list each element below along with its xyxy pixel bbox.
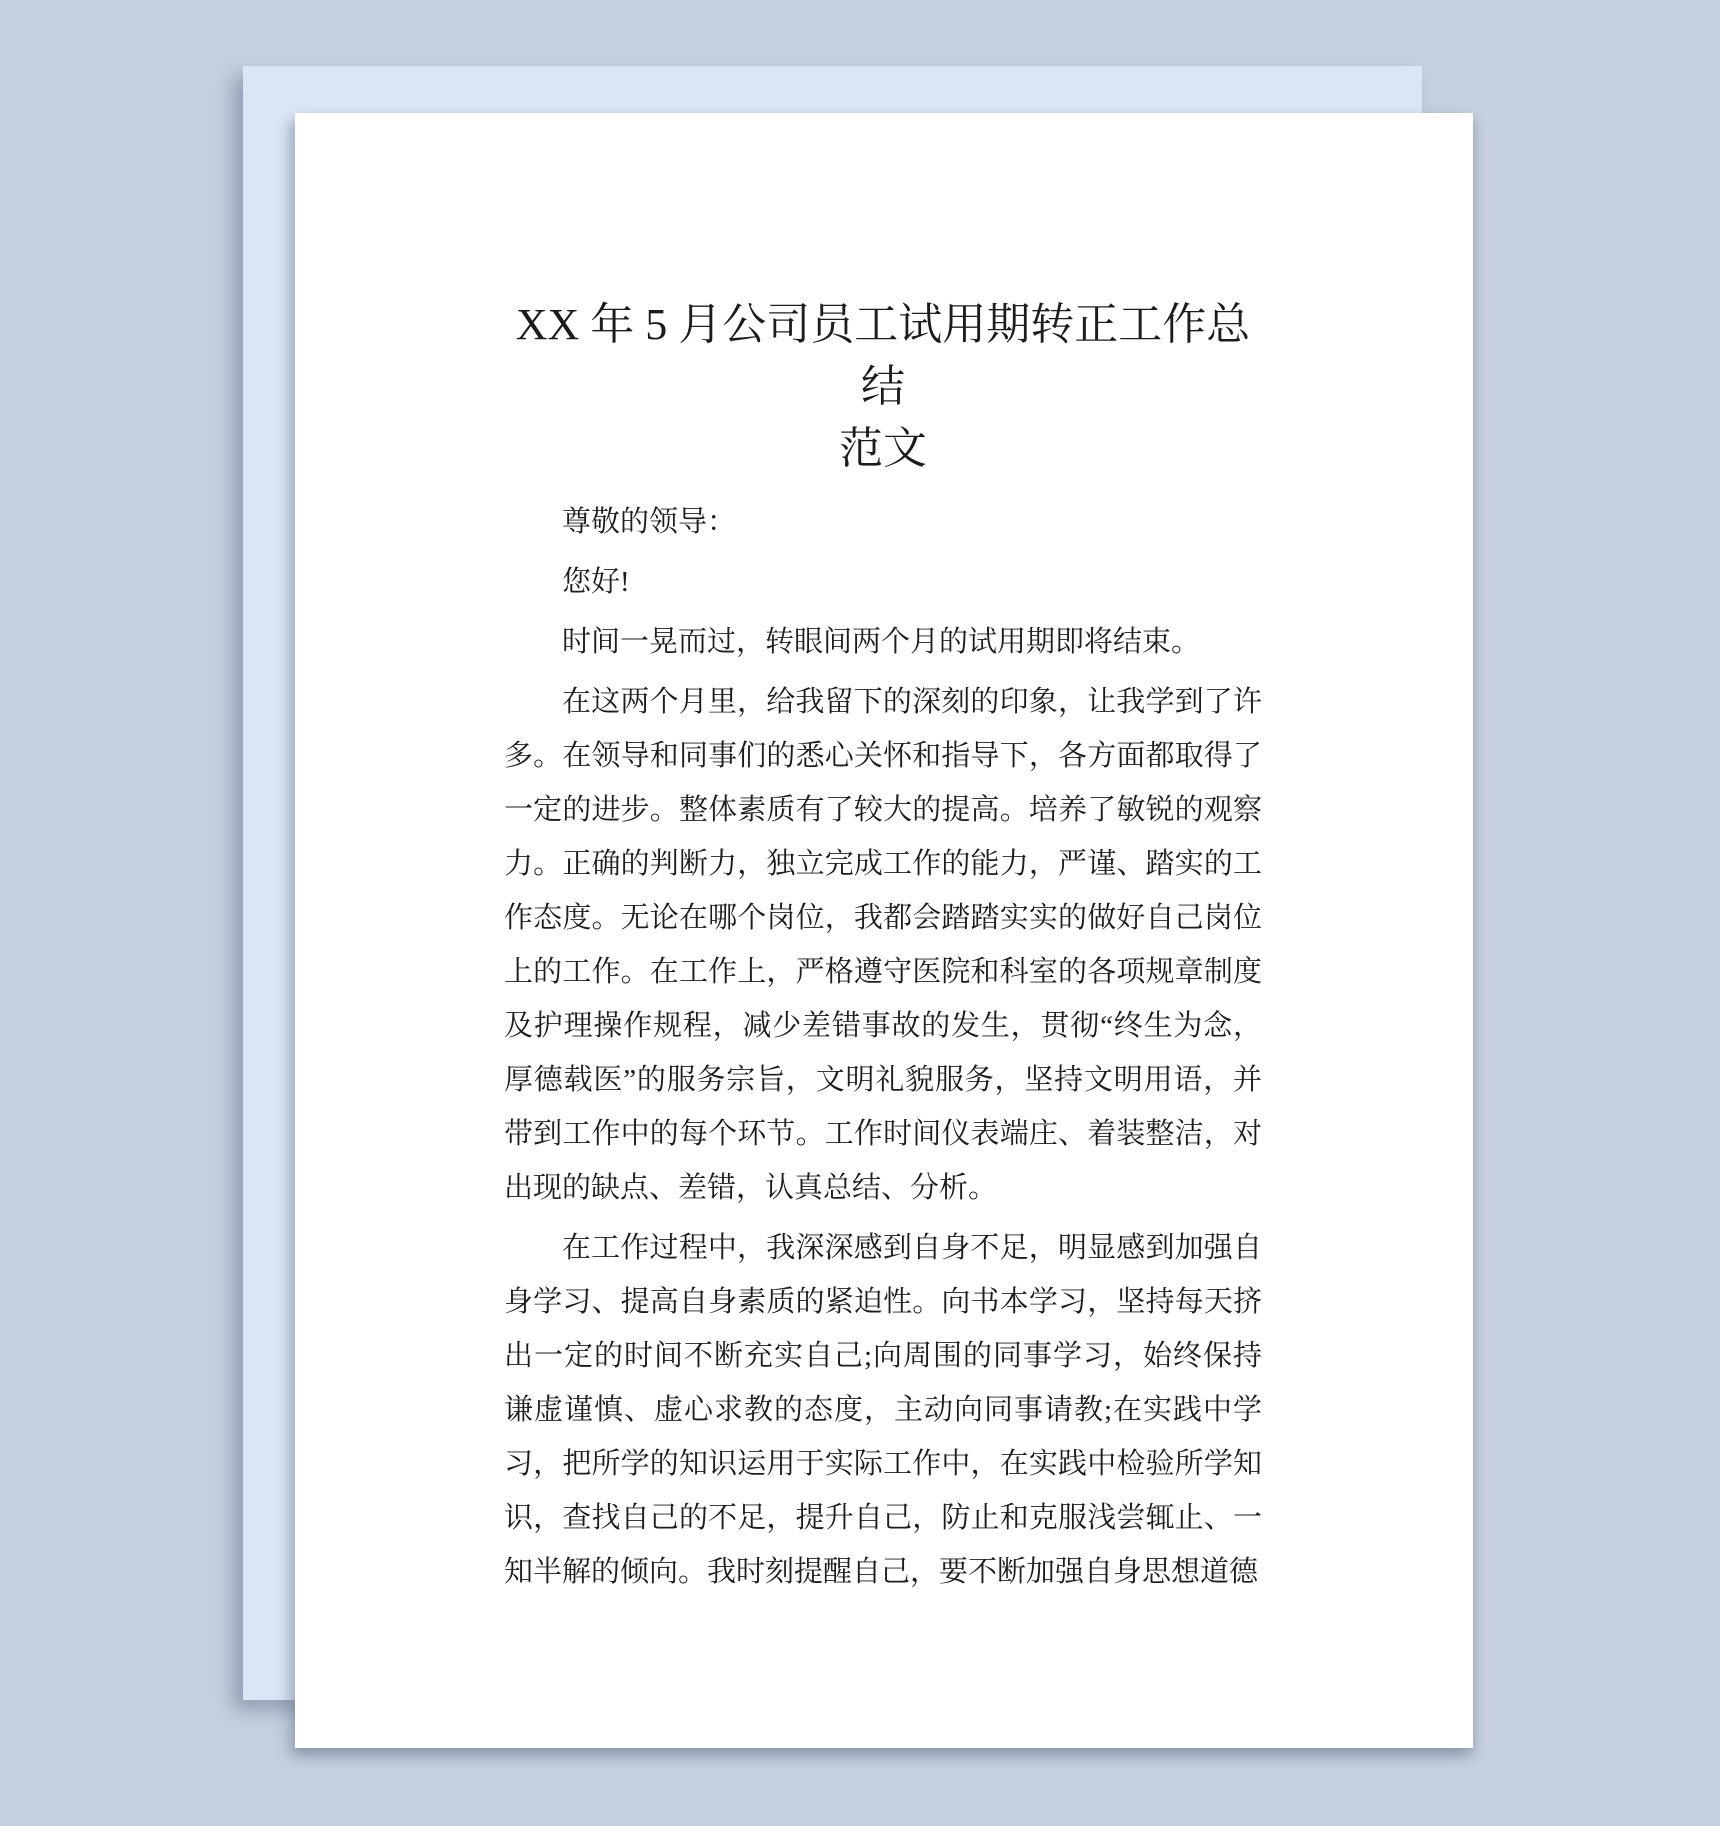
document-title-line2: 范文 <box>504 418 1262 480</box>
document-page: XX 年 5 月公司员工试用期转正工作总结 范文 尊敬的领导： 您好! 时间一晃… <box>295 113 1473 1748</box>
paragraph-intro: 时间一晃而过，转眼间两个月的试用期即将结束。 <box>504 615 1262 669</box>
page-content: XX 年 5 月公司员工试用期转正工作总结 范文 尊敬的领导： 您好! 时间一晃… <box>504 113 1262 1605</box>
document-title: XX 年 5 月公司员工试用期转正工作总结 范文 <box>504 294 1262 480</box>
paragraph-greeting: 您好! <box>504 555 1262 609</box>
document-title-line1: XX 年 5 月公司员工试用期转正工作总结 <box>504 294 1262 418</box>
paragraph-self-improvement: 在工作过程中，我深深感到自身不足，明显感到加强自身学习、提高自身素质的紧迫性。向… <box>504 1221 1262 1599</box>
paragraph-salutation: 尊敬的领导： <box>504 495 1262 549</box>
document-preview-canvas: XX 年 5 月公司员工试用期转正工作总结 范文 尊敬的领导： 您好! 时间一晃… <box>0 0 1720 1826</box>
paragraph-work-summary: 在这两个月里，给我留下的深刻的印象，让我学到了许多。在领导和同事们的悉心关怀和指… <box>504 675 1262 1215</box>
document-body: 尊敬的领导： 您好! 时间一晃而过，转眼间两个月的试用期即将结束。 在这两个月里… <box>504 495 1262 1599</box>
